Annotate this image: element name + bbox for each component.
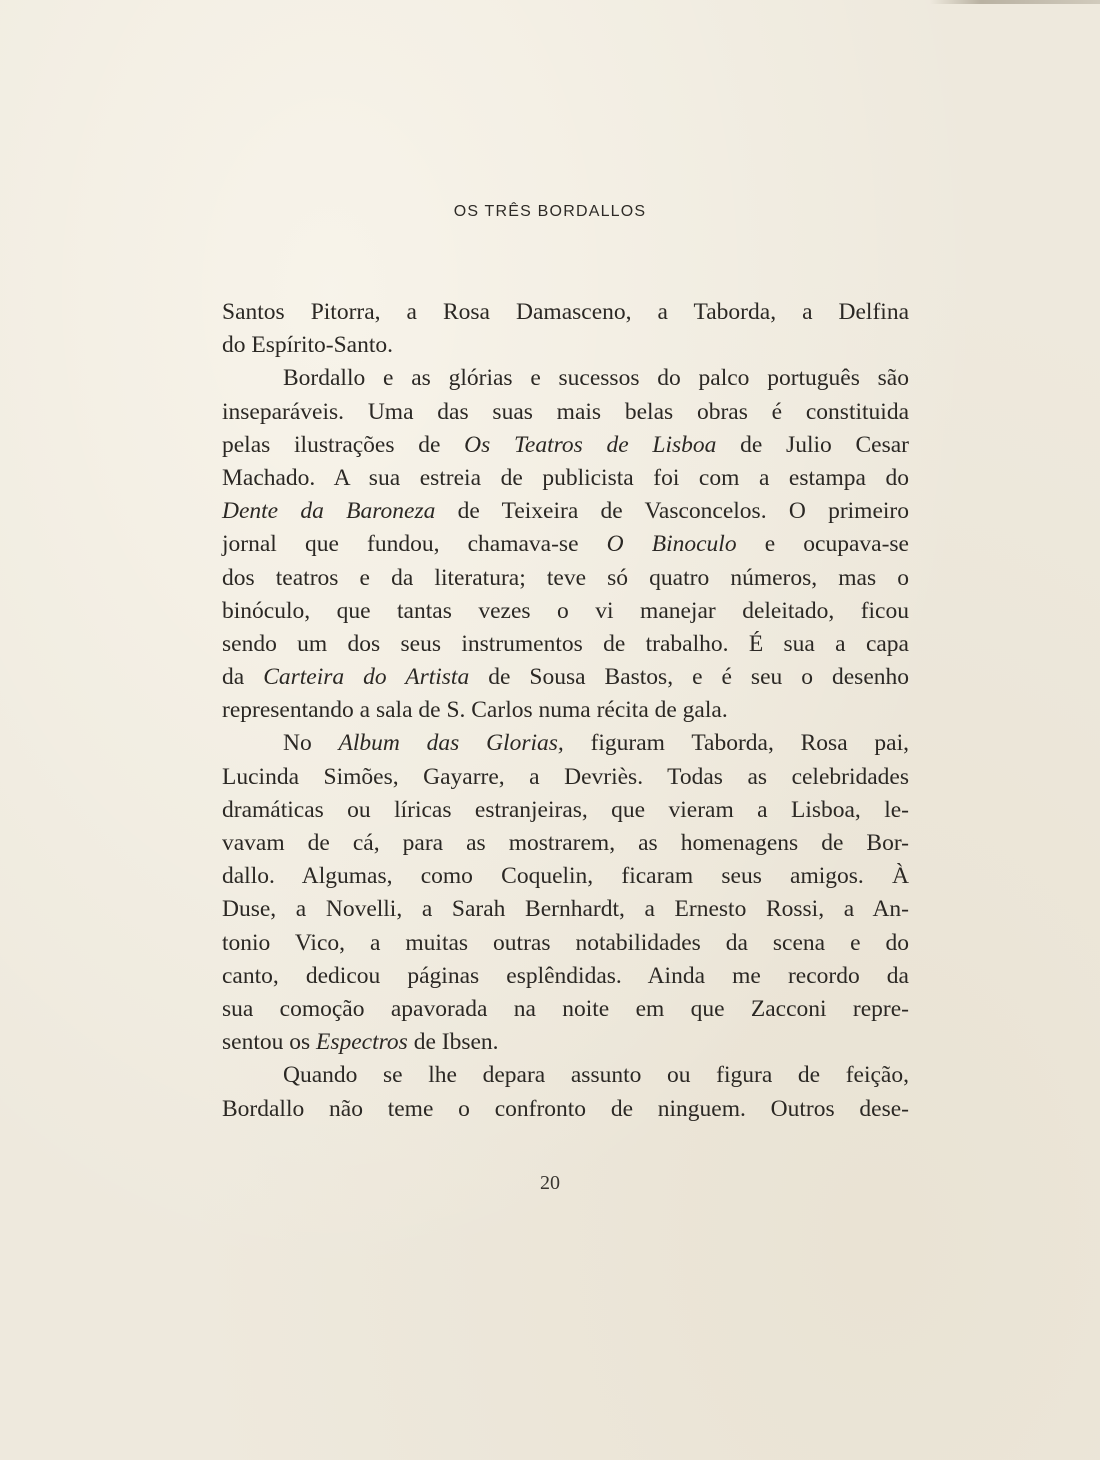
text-segment: inseparáveis. Uma das suas mais belas ob… <box>222 399 909 425</box>
text-segment: Machado. A sua estreia de publicista foi… <box>222 465 909 491</box>
text-line: tonio Vico, a muitas outras notabilidade… <box>222 927 909 960</box>
text-segment: da <box>222 664 263 690</box>
text-segment: de Ibsen. <box>408 1029 499 1055</box>
text-segment: sentou os <box>222 1029 316 1055</box>
text-line: Lucinda Simões, Gayarre, a Devriès. Toda… <box>222 761 909 794</box>
text-line: Duse, a Novelli, a Sarah Bernhardt, a Er… <box>222 893 909 926</box>
text-segment: tonio Vico, a muitas outras notabilidade… <box>222 930 909 956</box>
italic-title: Dente da Baroneza <box>222 498 435 524</box>
text-line: Quando se lhe depara assunto ou figura d… <box>222 1059 909 1092</box>
text-line: Bordallo e as glórias e sucessos do palc… <box>222 362 909 395</box>
text-line: Santos Pitorra, a Rosa Damasceno, a Tabo… <box>222 296 909 329</box>
text-segment: do Espírito-Santo. <box>222 332 393 358</box>
text-line: sendo um dos seus instrumentos de trabal… <box>222 628 909 661</box>
text-segment: Bordallo não teme o confronto de ninguem… <box>222 1096 909 1122</box>
text-line: Bordallo não teme o confronto de ninguem… <box>222 1093 909 1126</box>
text-segment: sua comoção apavorada na noite em que Za… <box>222 996 909 1022</box>
text-segment: Lucinda Simões, Gayarre, a Devriès. Toda… <box>222 764 909 790</box>
text-segment: dallo. Algumas, como Coquelin, ficaram s… <box>222 863 909 889</box>
text-line: Machado. A sua estreia de publicista foi… <box>222 462 909 495</box>
text-line: representando a sala de S. Carlos numa r… <box>222 694 909 727</box>
text-line: jornal que fundou, chamava-se O Binoculo… <box>222 528 909 561</box>
text-line: dos teatros e da literatura; teve só qua… <box>222 562 909 595</box>
body-text: Santos Pitorra, a Rosa Damasceno, a Tabo… <box>222 296 909 1126</box>
text-line: da Carteira do Artista de Sousa Bastos, … <box>222 661 909 694</box>
italic-title: Espectros <box>316 1029 408 1055</box>
text-segment: dramáticas ou líricas estranjeiras, que … <box>222 797 909 823</box>
text-segment: No <box>283 730 339 756</box>
page-edge-shadow <box>930 0 1100 4</box>
text-segment: e ocupava-se <box>737 531 909 557</box>
page-number: 20 <box>0 1172 1100 1195</box>
text-segment: Bordallo e as glórias e sucessos do palc… <box>283 365 909 391</box>
running-head: OS TRÊS BORDALLOS <box>0 203 1100 221</box>
text-line: dramáticas ou líricas estranjeiras, que … <box>222 794 909 827</box>
text-line: dallo. Algumas, como Coquelin, ficaram s… <box>222 860 909 893</box>
text-segment: Quando se lhe depara assunto ou figura d… <box>283 1062 909 1088</box>
text-line: binóculo, que tantas vezes o vi manejar … <box>222 595 909 628</box>
text-line: No Album das Glorias, figuram Taborda, R… <box>222 727 909 760</box>
italic-title: Carteira do Artista <box>263 664 469 690</box>
text-line: Dente da Baroneza de Teixeira de Vasconc… <box>222 495 909 528</box>
text-segment: de Teixeira de Vasconcelos. O primeiro <box>435 498 909 524</box>
text-segment: jornal que fundou, chamava-se <box>222 531 607 557</box>
text-segment: canto, dedicou páginas esplêndidas. Aind… <box>222 963 909 989</box>
text-line: canto, dedicou páginas esplêndidas. Aind… <box>222 960 909 993</box>
text-segment: sendo um dos seus instrumentos de trabal… <box>222 631 909 657</box>
text-segment: vavam de cá, para as mostrarem, as homen… <box>222 830 909 856</box>
text-segment: representando a sala de S. Carlos numa r… <box>222 697 728 723</box>
text-line: sentou os Espectros de Ibsen. <box>222 1026 909 1059</box>
text-segment: Santos Pitorra, a Rosa Damasceno, a Tabo… <box>222 299 909 325</box>
text-segment: dos teatros e da literatura; teve só qua… <box>222 565 909 591</box>
text-segment: pelas ilustrações de <box>222 432 464 458</box>
italic-title: Os Teatros de Lisboa <box>464 432 716 458</box>
text-line: do Espírito-Santo. <box>222 329 909 362</box>
text-segment: de Julio Cesar <box>716 432 909 458</box>
text-segment: binóculo, que tantas vezes o vi manejar … <box>222 598 909 624</box>
italic-title: Album das Glorias, <box>339 730 564 756</box>
text-segment: figuram Taborda, Rosa pai, <box>564 730 909 756</box>
italic-title: O Binoculo <box>607 531 737 557</box>
text-line: vavam de cá, para as mostrarem, as homen… <box>222 827 909 860</box>
text-segment: Duse, a Novelli, a Sarah Bernhardt, a Er… <box>222 896 909 922</box>
text-line: pelas ilustrações de Os Teatros de Lisbo… <box>222 429 909 462</box>
text-segment: de Sousa Bastos, e é seu o desenho <box>469 664 909 690</box>
text-line: sua comoção apavorada na noite em que Za… <box>222 993 909 1026</box>
book-page: OS TRÊS BORDALLOS Santos Pitorra, a Rosa… <box>0 0 1100 1460</box>
text-line: inseparáveis. Uma das suas mais belas ob… <box>222 396 909 429</box>
